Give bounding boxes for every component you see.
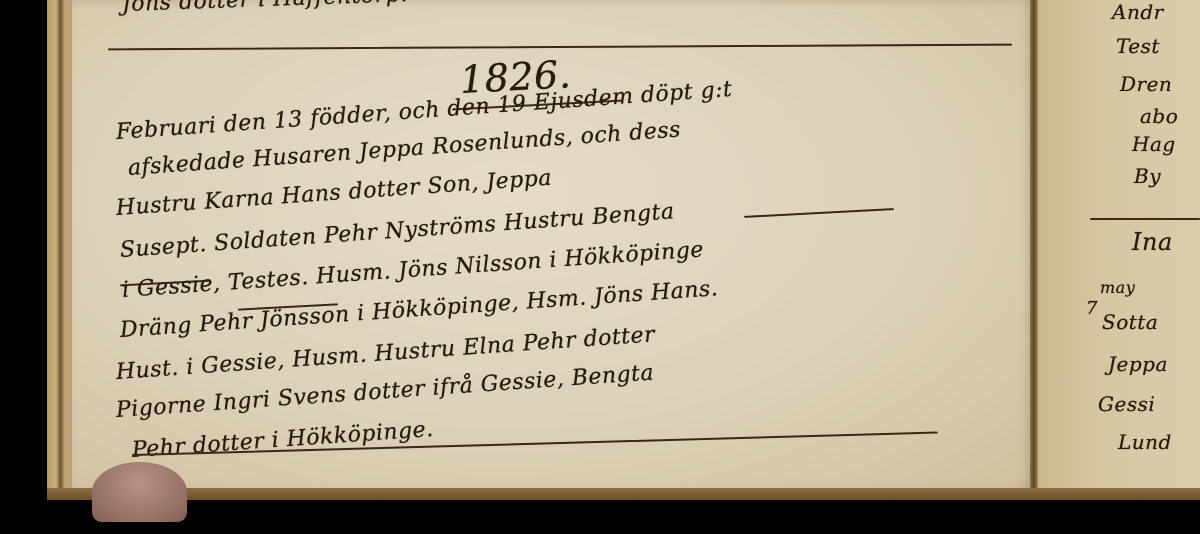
right-line-3: Dren xyxy=(1120,72,1172,96)
margin-number: 7 xyxy=(1086,298,1098,319)
right-line-11: Gessi xyxy=(1098,392,1155,416)
name-underline xyxy=(744,208,894,218)
left-page: Jons dotter i Haffentorp. 1826. Februari… xyxy=(72,0,1034,492)
right-line-1: Andr xyxy=(1112,0,1164,24)
right-line-2: Test xyxy=(1116,34,1160,58)
book-bottom-edge xyxy=(47,488,1200,500)
right-line-9: Sotta xyxy=(1102,310,1158,334)
previous-entry-tail: Jons dotter i Haffentorp. xyxy=(122,0,409,17)
right-line-4: abo xyxy=(1140,104,1178,128)
right-line-5: Hag xyxy=(1132,132,1176,156)
right-page: Andr Test Dren abo Hag By Ina may 7 Sott… xyxy=(1038,0,1200,488)
page-gutter xyxy=(1030,0,1038,492)
right-line-8: may xyxy=(1100,278,1135,297)
right-line-10: Jeppa xyxy=(1108,352,1168,376)
entry-separator-top xyxy=(108,44,1012,51)
document-photo: Jons dotter i Haffentorp. 1826. Februari… xyxy=(0,0,1200,534)
thumb-holding-page xyxy=(92,462,187,522)
entry-line-9: Pehr dotter i Hökköpinge. xyxy=(131,417,434,463)
right-line-7: Ina xyxy=(1132,228,1173,256)
right-separator xyxy=(1090,218,1200,220)
right-line-12: Lund xyxy=(1118,430,1172,454)
right-line-6: By xyxy=(1134,164,1161,188)
